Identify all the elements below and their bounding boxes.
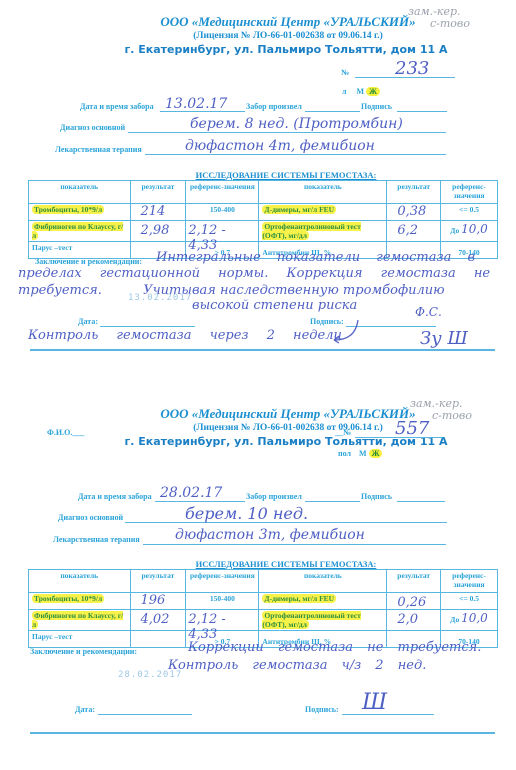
reference-oft-prefix: До — [450, 615, 459, 624]
hemostasis-table: показатель результат референс-значения п… — [28, 569, 498, 648]
reference-platelets: 150-400 — [186, 204, 259, 221]
result-fibrinogen: 2,98 — [141, 223, 170, 238]
conclusion-line: требуется. Учитывая наследственную тромб… — [18, 283, 445, 298]
result-cell[interactable]: 0,38 — [387, 204, 441, 221]
conclusion-date-line — [100, 326, 195, 327]
number-value[interactable]: 233 — [395, 58, 429, 79]
reference-oft-value: 10,0 — [461, 611, 488, 625]
indicator-cell: Фибриноген по Клауссу, г/л — [29, 610, 131, 631]
indicator-platelets: Тромбоциты, 10*9/л — [32, 205, 104, 214]
result-platelets: 214 — [141, 204, 166, 219]
reference-cell: 2,12 - 4,33 — [186, 610, 259, 631]
reference-platelets: 150-400 — [186, 593, 259, 610]
diagnosis-line — [128, 132, 446, 133]
conclusion-date-label: Дата: — [78, 317, 98, 326]
reference-cell: 2,12 - 4,33 — [186, 221, 259, 242]
diagnosis-value[interactable]: берем. 8 нед. (Протромбин) — [190, 116, 403, 132]
reference-oft-value: 10,0 — [461, 222, 488, 236]
doctor-signature: Зу Ш — [420, 328, 468, 349]
conclusion-line: Коррекции гемостаза не требуется. — [188, 640, 481, 655]
number-value[interactable]: 557 — [395, 418, 429, 439]
indicator-fibrinogen: Фибриноген по Клауссу, г/л — [32, 611, 123, 629]
reference-d-dimer: <= 0.5 — [441, 204, 498, 221]
sex-option-f-selected[interactable]: Ж — [366, 87, 380, 96]
conclusion-line: высокой степени риска — [192, 298, 357, 313]
reference-oft-prefix: До — [450, 226, 459, 235]
indicator-parus-test: Парус –тест — [29, 242, 131, 259]
conclusion-line: пределах гестационной нормы. Коррекция г… — [18, 266, 490, 281]
number-label: __№ — [335, 428, 351, 437]
header-indicator: показатель — [29, 570, 131, 593]
sex-field: л М Ж — [342, 87, 380, 96]
doctor-signature: Ш — [362, 690, 387, 715]
result-cell[interactable]: 0,26 — [387, 593, 441, 610]
sex-label: пол — [338, 449, 351, 458]
date-value[interactable]: 28.02.17 — [160, 485, 222, 501]
collector-line — [305, 111, 360, 112]
collector-label: Забор произвел — [246, 492, 302, 501]
header-reference: референс-значения — [186, 570, 259, 593]
diagnosis-value[interactable]: берем. 10 нед. — [185, 504, 308, 523]
result-d-dimer: 0,38 — [397, 204, 426, 219]
indicator-parus-test: Парус –тест — [29, 631, 131, 648]
sex-option-m[interactable]: М — [359, 449, 367, 458]
result-cell[interactable]: 2,98 — [130, 221, 186, 242]
org-license: (Лицензия № ЛО-66-01-002638 от 09.06.14 … — [30, 423, 516, 433]
diagnosis-label: Диагноз основной — [60, 123, 125, 132]
indicator-d-dimer: Д-димеры, мг/л FEU — [262, 205, 336, 214]
indicator-cell: Фибриноген по Клауссу, г/л — [29, 221, 131, 242]
header-result: результат — [387, 181, 441, 204]
conclusion-date-line — [98, 714, 192, 715]
reference-fibrinogen: 2,12 - 4,33 — [188, 223, 258, 253]
header-indicator: показатель — [29, 181, 131, 204]
date-line — [155, 501, 245, 502]
collector-line — [305, 501, 360, 502]
result-oft: 2,0 — [397, 612, 418, 627]
table-title: ИССЛЕДОВАНИЕ СИСТЕМЫ ГЕМОСТАЗА: — [28, 559, 516, 569]
divider — [30, 732, 495, 734]
date-stamp: 13.02.2017 — [128, 293, 192, 303]
indicator-d-dimer: Д-димеры, мг/л FEU — [262, 594, 336, 603]
indicator-cell: Тромбоциты, 10*9/л — [29, 593, 131, 610]
table-header-row: показатель результат референс-значения п… — [29, 570, 498, 593]
header-reference: референс-значения — [441, 181, 498, 204]
indicator-cell: Д-димеры, мг/л FEU — [259, 204, 387, 221]
result-cell[interactable]: 4,02 — [130, 610, 186, 631]
sex-label: л — [342, 87, 347, 96]
conclusion-signature-line — [342, 714, 434, 715]
result-fibrinogen: 4,02 — [141, 612, 170, 627]
signature-label: Подпись — [361, 102, 392, 111]
indicator-oft: Ортофенантролиновый тест (ОФТ), мг/дл — [262, 222, 360, 240]
table-row: Тромбоциты, 10*9/л 196 150-400 Д-димеры,… — [29, 593, 498, 610]
reference-fibrinogen: 2,12 - 4,33 — [188, 612, 258, 642]
header-reference: референс-значения — [441, 570, 498, 593]
conclusion-line: Интегральные показатели гемостаза в — [156, 250, 475, 265]
conclusion-line: Контроль гемостаза через 2 недели — [28, 328, 342, 343]
conclusion-label: Заключение и рекомендации: — [30, 647, 137, 656]
indicator-cell: Д-димеры, мг/л FEU — [259, 593, 387, 610]
signature-initials: Ф.С. — [415, 305, 442, 319]
reference-d-dimer: <= 0.5 — [441, 593, 498, 610]
result-oft: 6,2 — [397, 223, 418, 238]
arrow-icon — [330, 318, 370, 346]
therapy-line — [145, 154, 446, 155]
indicator-cell: Тромбоциты, 10*9/л — [29, 204, 131, 221]
header-indicator: показатель — [259, 181, 387, 204]
result-cell[interactable]: 196 — [130, 593, 186, 610]
conclusion-label: Заключение и рекомендации: — [35, 257, 142, 266]
sex-field: пол М Ж — [338, 449, 382, 458]
result-d-dimer: 0,26 — [397, 595, 426, 610]
table-row: Тромбоциты, 10*9/л 214 150-400 Д-димеры,… — [29, 204, 498, 221]
therapy-value[interactable]: дюфастон 3т, фемибион — [175, 527, 365, 543]
therapy-value[interactable]: дюфастон 4т, фемибион — [185, 138, 375, 154]
reference-oft: До 10,0 — [441, 610, 498, 631]
date-label: Дата и время забора — [80, 102, 154, 111]
indicator-platelets: Тромбоциты, 10*9/л — [32, 594, 104, 603]
result-platelets: 196 — [141, 593, 166, 608]
conclusion-date-label: Дата: — [75, 705, 95, 714]
table-title: ИССЛЕДОВАНИЕ СИСТЕМЫ ГЕМОСТАЗА: — [28, 170, 516, 180]
header-result: результат — [387, 570, 441, 593]
conclusion-signature-label: Подпись: — [305, 705, 339, 714]
signature-line — [397, 501, 445, 502]
therapy-line — [143, 544, 446, 545]
indicator-cell: Ортофенантролиновый тест (ОФТ), мг/дл — [259, 221, 387, 242]
number-label: № — [341, 68, 349, 77]
result-parus-test[interactable] — [130, 631, 186, 648]
table-row: Фибриноген по Клауссу, г/л 4,02 2,12 - 4… — [29, 610, 498, 631]
therapy-label: Лекарственная терапия — [55, 145, 142, 154]
indicator-cell: Ортофенантролиновый тест (ОФТ), мг/дл — [259, 610, 387, 631]
divider — [30, 349, 495, 351]
collector-label: Забор произвел — [246, 102, 302, 111]
result-cell[interactable]: 6,2 — [387, 221, 441, 242]
indicator-oft: Ортофенантролиновый тест (ОФТ), мг/дл — [262, 611, 360, 629]
reference-oft: До 10,0 — [441, 221, 498, 242]
fio-label[interactable]: Ф.И.О.___ — [47, 428, 84, 437]
pencil-note-line: с-тово — [408, 18, 470, 30]
date-value[interactable]: 13.02.17 — [165, 96, 227, 112]
header-result: результат — [130, 570, 186, 593]
hemostasis-table: показатель результат референс-значения п… — [28, 180, 498, 259]
table-row: Фибриноген по Клауссу, г/л 2,98 2,12 - 4… — [29, 221, 498, 242]
indicator-fibrinogen: Фибриноген по Клауссу, г/л — [32, 222, 123, 240]
pencil-note: зам.-кер. с-тово — [408, 6, 470, 30]
table-header-row: показатель результат референс-значения п… — [29, 181, 498, 204]
result-cell[interactable]: 2,0 — [387, 610, 441, 631]
therapy-label: Лекарственная терапия — [53, 535, 140, 544]
header-indicator: показатель — [259, 570, 387, 593]
diagnosis-label: Диагноз основной — [58, 513, 123, 522]
sex-option-m[interactable]: М — [357, 87, 365, 96]
conclusion-line: Контроль гемостаза ч/з 2 нед. — [168, 658, 426, 673]
result-cell[interactable]: 214 — [130, 204, 186, 221]
signature-line — [397, 111, 447, 112]
org-license: (Лицензия № ЛО-66-01-002638 от 09.06.14 … — [30, 31, 516, 41]
org-address: г. Екатеринбург, ул. Пальмиро Тольятти, … — [28, 43, 516, 56]
header-result: результат — [130, 181, 186, 204]
sex-option-f-selected[interactable]: Ж — [369, 449, 383, 458]
signature-label: Подпись — [361, 492, 392, 501]
date-label: Дата и время забора — [78, 492, 152, 501]
header-reference: референс-значения — [186, 181, 259, 204]
